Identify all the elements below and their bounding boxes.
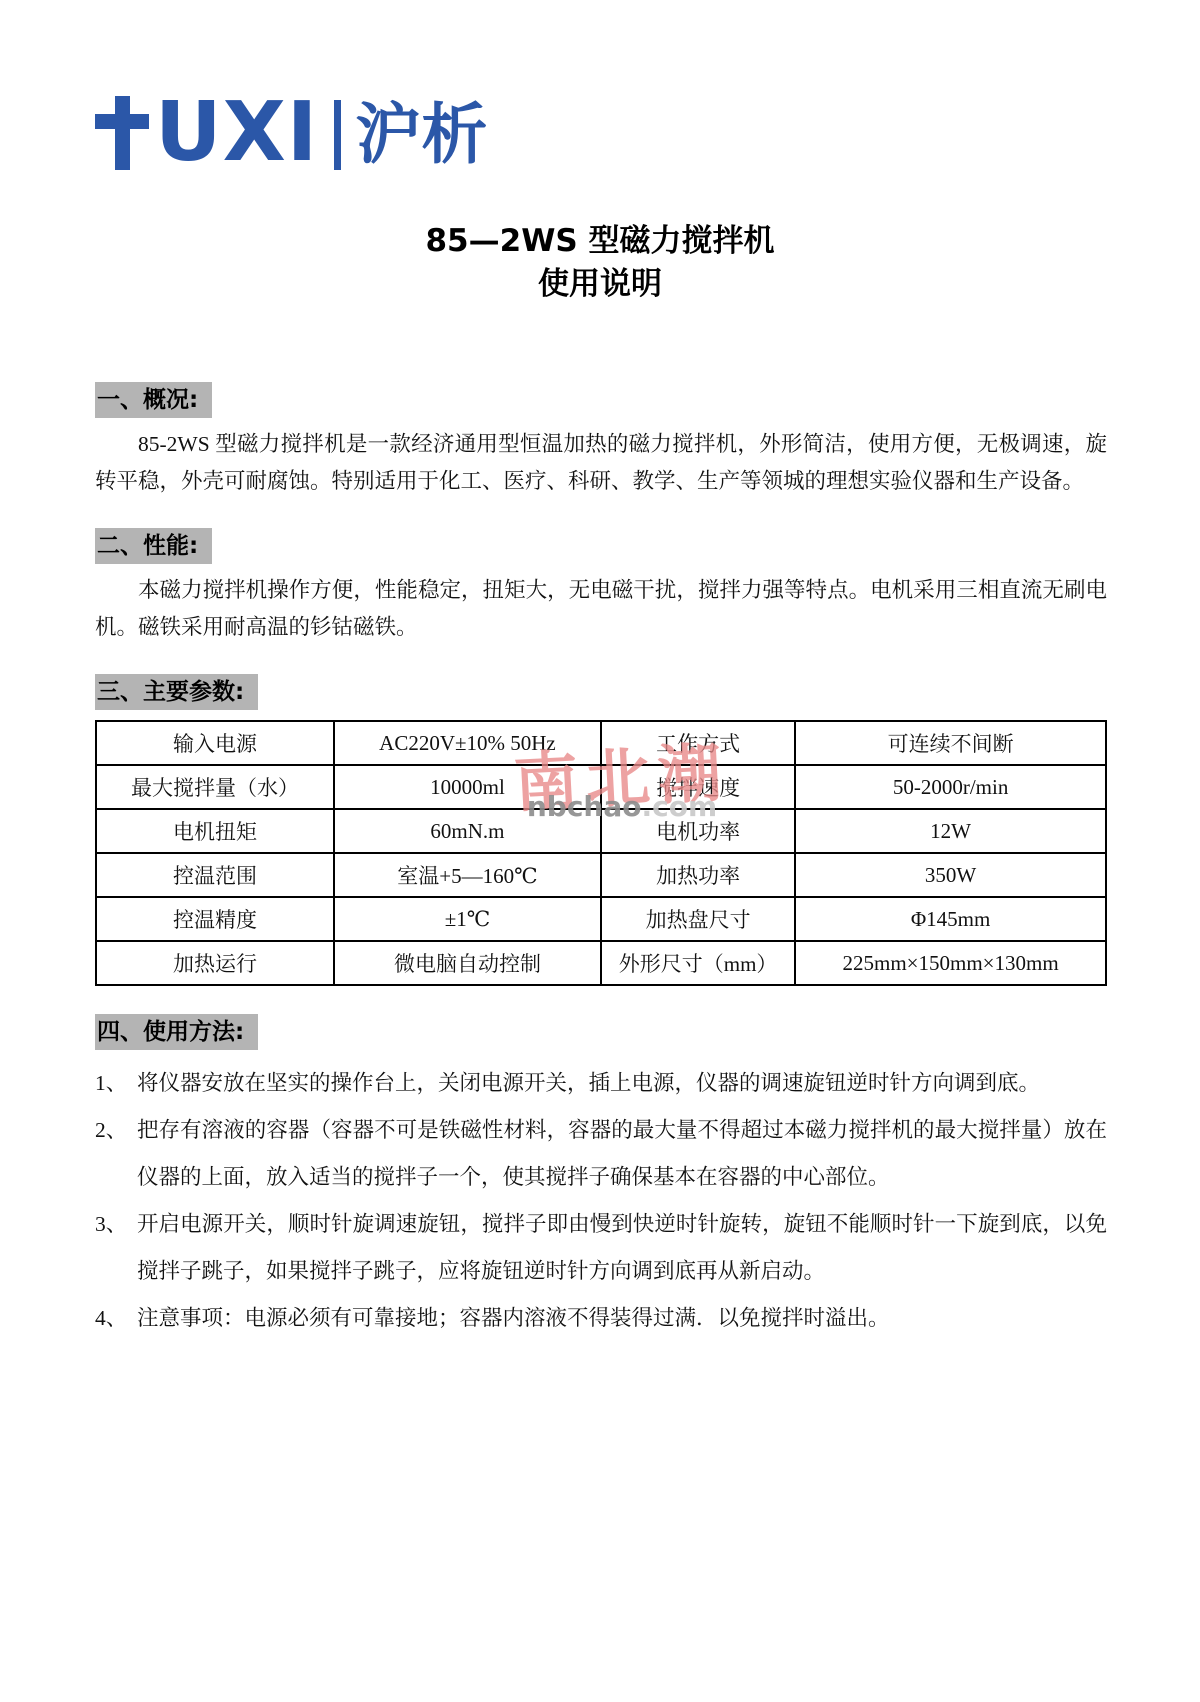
usage-item-number: 2、 (95, 1107, 137, 1201)
usage-item: 2、 把存有溶液的容器（容器不可是铁磁性材料，容器的最大量不得超过本磁力搅拌机的… (95, 1107, 1107, 1201)
spec-value-cell: 10000ml (334, 765, 601, 809)
spec-value-cell: 350W (795, 853, 1106, 897)
section-performance: 二、性能: 本磁力搅拌机操作方便，性能稳定，扭矩大，无电磁干扰，搅拌力强等特点。… (95, 528, 1107, 646)
spec-value-cell: 60mN.m (334, 809, 601, 853)
overview-paragraph: 85-2WS 型磁力搅拌机是一款经济通用型恒温加热的磁力搅拌机，外形简洁，使用方… (95, 426, 1107, 500)
usage-item-text: 把存有溶液的容器（容器不可是铁磁性材料，容器的最大量不得超过本磁力搅拌机的最大搅… (137, 1107, 1107, 1201)
usage-list: 1、 将仪器安放在坚实的操作台上，关闭电源开关，插上电源，仪器的调速旋钮逆时针方… (95, 1060, 1107, 1342)
spec-name-cell: 输入电源 (96, 721, 334, 765)
spec-value-cell: 室温+5—160℃ (334, 853, 601, 897)
spec-name-cell: 加热功率 (601, 853, 795, 897)
manual-page: UXI 沪析 85—2WS 型磁力搅拌机 使用说明 一、概况: 85-2WS 型… (0, 0, 1200, 1702)
usage-item-number: 4、 (95, 1295, 137, 1342)
title-line-subtitle: 使用说明 (0, 263, 1200, 306)
table-row: 控温精度 ±1℃ 加热盘尺寸 Φ145mm (96, 897, 1106, 941)
usage-item-text: 开启电源开关，顺时针旋调速旋钮，搅拌子即由慢到快逆时针旋转，旋钮不能顺时针一下旋… (137, 1201, 1107, 1295)
spec-name-cell: 控温精度 (96, 897, 334, 941)
logo-latin-text: UXI (155, 96, 318, 170)
usage-item: 4、 注意事项：电源必须有可靠接地；容器内溶液不得装得过满．以免搅拌时溢出。 (95, 1295, 1107, 1342)
spec-name-cell: 电机功率 (601, 809, 795, 853)
section-parameters: 三、主要参数: 输入电源 AC220V±10% 50Hz 工作方式 可连续不间断… (95, 674, 1107, 986)
spec-value-cell: 12W (795, 809, 1106, 853)
table-row: 加热运行 微电脑自动控制 外形尺寸（mm） 225mm×150mm×130mm (96, 941, 1106, 985)
spec-value-cell: 225mm×150mm×130mm (795, 941, 1106, 985)
performance-paragraph: 本磁力搅拌机操作方便，性能稳定，扭矩大，无电磁干扰，搅拌力强等特点。电机采用三相… (95, 572, 1107, 646)
table-row: 电机扭矩 60mN.m 电机功率 12W (96, 809, 1106, 853)
table-row: 输入电源 AC220V±10% 50Hz 工作方式 可连续不间断 (96, 721, 1106, 765)
usage-item-text: 注意事项：电源必须有可靠接地；容器内溶液不得装得过满．以免搅拌时溢出。 (137, 1295, 1107, 1342)
spec-name-cell: 电机扭矩 (96, 809, 334, 853)
spec-value-cell: 微电脑自动控制 (334, 941, 601, 985)
section-overview: 一、概况: 85-2WS 型磁力搅拌机是一款经济通用型恒温加热的磁力搅拌机，外形… (95, 382, 1107, 500)
spec-name-cell: 搅拌速度 (601, 765, 795, 809)
usage-item-number: 3、 (95, 1201, 137, 1295)
usage-item: 3、 开启电源开关，顺时针旋调速旋钮，搅拌子即由慢到快逆时针旋转，旋钮不能顺时针… (95, 1201, 1107, 1295)
document-body: 一、概况: 85-2WS 型磁力搅拌机是一款经济通用型恒温加热的磁力搅拌机，外形… (95, 382, 1107, 1342)
spec-value-cell: ±1℃ (334, 897, 601, 941)
spec-name-cell: 工作方式 (601, 721, 795, 765)
spec-name-cell: 外形尺寸（mm） (601, 941, 795, 985)
spec-table: 输入电源 AC220V±10% 50Hz 工作方式 可连续不间断 最大搅拌量（水… (95, 720, 1107, 986)
title-line-model: 85—2WS 型磁力搅拌机 (0, 220, 1200, 263)
usage-item-number: 1、 (95, 1060, 137, 1107)
heading-overview: 一、概况: (95, 382, 212, 418)
spec-name-cell: 最大搅拌量（水） (96, 765, 334, 809)
spec-value-cell: AC220V±10% 50Hz (334, 721, 601, 765)
document-title: 85—2WS 型磁力搅拌机 使用说明 (0, 220, 1200, 306)
heading-parameters: 三、主要参数: (95, 674, 258, 710)
spec-name-cell: 加热盘尺寸 (601, 897, 795, 941)
spec-value-cell: 可连续不间断 (795, 721, 1106, 765)
spec-name-cell: 控温范围 (96, 853, 334, 897)
usage-item: 1、 将仪器安放在坚实的操作台上，关闭电源开关，插上电源，仪器的调速旋钮逆时针方… (95, 1060, 1107, 1107)
spec-name-cell: 加热运行 (96, 941, 334, 985)
huxi-cross-icon (95, 96, 149, 170)
table-row: 最大搅拌量（水） 10000ml 搅拌速度 50-2000r/min (96, 765, 1106, 809)
usage-item-text: 将仪器安放在坚实的操作台上，关闭电源开关，插上电源，仪器的调速旋钮逆时针方向调到… (137, 1060, 1107, 1107)
logo-chinese-text: 沪析 (334, 100, 487, 170)
brand-logo: UXI 沪析 (95, 96, 487, 170)
section-usage: 四、使用方法: 1、 将仪器安放在坚实的操作台上，关闭电源开关，插上电源，仪器的… (95, 1014, 1107, 1342)
heading-usage: 四、使用方法: (95, 1014, 258, 1050)
spec-value-cell: Φ145mm (795, 897, 1106, 941)
heading-performance: 二、性能: (95, 528, 212, 564)
spec-value-cell: 50-2000r/min (795, 765, 1106, 809)
table-row: 控温范围 室温+5—160℃ 加热功率 350W (96, 853, 1106, 897)
